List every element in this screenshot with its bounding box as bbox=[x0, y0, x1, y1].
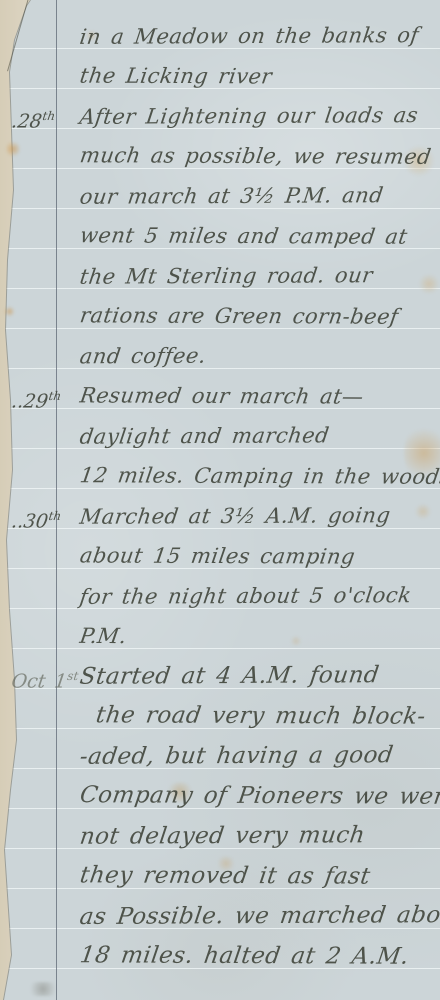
margin-date-number: Oct 1 bbox=[10, 670, 68, 692]
line-text: 12 miles. Camping in the woods bbox=[77, 455, 440, 497]
margin-date-28th: .28th bbox=[9, 96, 58, 141]
handwriting-line: rations are Green corn-beef bbox=[0, 296, 440, 336]
line-text: the Mt Sterling road. our bbox=[77, 255, 375, 297]
margin-date-number: ..30 bbox=[10, 510, 49, 532]
line-text: -aded, but having a good bbox=[77, 735, 396, 777]
handwriting-line: as Possible. we marched about bbox=[0, 896, 440, 936]
handwriting-block: in a Meadow on the banks of the Licking … bbox=[0, 0, 440, 976]
line-text: After Lightening our loads as bbox=[77, 95, 421, 137]
handwriting-line: P.M. bbox=[0, 616, 440, 656]
line-text: Marched at 3½ A.M. going bbox=[77, 495, 393, 537]
margin-date-30th: ..30th bbox=[9, 496, 64, 541]
line-text: Started at 4 A.M. found bbox=[77, 655, 382, 697]
margin-date-oct-1st: Oct 1st bbox=[9, 656, 81, 701]
line-text: they removed it as fast bbox=[77, 855, 373, 896]
line-text: 18 miles. halted at 2 A.M. bbox=[77, 935, 411, 976]
line-text: the Licking river bbox=[77, 56, 275, 97]
handwriting-line: went 5 miles and camped at bbox=[0, 216, 440, 256]
line-text: Resumed our march at— bbox=[77, 375, 366, 416]
handwriting-line: the Mt Sterling road. our bbox=[0, 256, 440, 296]
line-text: Company of Pioneers we were bbox=[77, 775, 440, 817]
margin-date-number: .28 bbox=[10, 110, 43, 132]
margin-date-suffix: st bbox=[66, 669, 79, 683]
margin-date-suffix: th bbox=[48, 509, 63, 523]
handwriting-line: not delayed very much bbox=[0, 816, 440, 856]
line-text: daylight and marched bbox=[77, 415, 332, 456]
line-text: P.M. bbox=[77, 616, 130, 656]
line-text: not delayed very much bbox=[77, 815, 368, 856]
handwriting-line: Company of Pioneers we were bbox=[0, 776, 440, 816]
handwriting-line: and coffee. bbox=[0, 336, 440, 376]
margin-date-suffix: th bbox=[48, 389, 63, 403]
handwriting-line: 12 miles. Camping in the woods bbox=[0, 456, 440, 496]
handwriting-line: ..30th Marched at 3½ A.M. going bbox=[0, 496, 440, 536]
margin-date-29th: ..29th bbox=[9, 376, 64, 421]
diary-page-scan: in a Meadow on the banks of the Licking … bbox=[0, 0, 440, 1000]
margin-date-suffix: th bbox=[42, 109, 57, 123]
handwriting-line: for the night about 5 o'clock bbox=[0, 576, 440, 616]
handwriting-line: the road very much block- bbox=[0, 696, 440, 736]
handwriting-line: -aded, but having a good bbox=[0, 736, 440, 776]
line-text: as Possible. we marched about bbox=[77, 895, 440, 937]
handwriting-line: ..29th Resumed our march at— bbox=[0, 376, 440, 416]
line-text: for the night about 5 o'clock bbox=[77, 575, 414, 617]
line-text: about 15 miles camping bbox=[77, 535, 358, 576]
handwriting-line: in a Meadow on the banks of bbox=[0, 16, 440, 56]
line-text: and coffee. bbox=[77, 336, 209, 377]
line-text: our march at 3½ P.M. and bbox=[77, 175, 386, 217]
handwriting-line: 18 miles. halted at 2 A.M. bbox=[0, 936, 440, 976]
handwriting-line: they removed it as fast bbox=[0, 856, 440, 896]
handwriting-line: daylight and marched bbox=[0, 416, 440, 456]
handwriting-line: much as possible, we resumed bbox=[0, 136, 440, 176]
line-text: much as possible, we resumed bbox=[77, 135, 434, 177]
handwriting-line: .28th After Lightening our loads as bbox=[0, 96, 440, 136]
line-text: in a Meadow on the banks of bbox=[77, 15, 421, 57]
line-text: the road very much block- bbox=[93, 695, 428, 736]
line-text: went 5 miles and camped at bbox=[77, 215, 410, 256]
handwriting-line: Oct 1st Started at 4 A.M. found bbox=[0, 656, 440, 696]
handwriting-line: our march at 3½ P.M. and bbox=[0, 176, 440, 216]
line-text: rations are Green corn-beef bbox=[77, 295, 401, 336]
margin-date-number: ..29 bbox=[10, 390, 49, 412]
handwriting-line: about 15 miles camping bbox=[0, 536, 440, 576]
handwriting-line: the Licking river bbox=[0, 56, 440, 96]
